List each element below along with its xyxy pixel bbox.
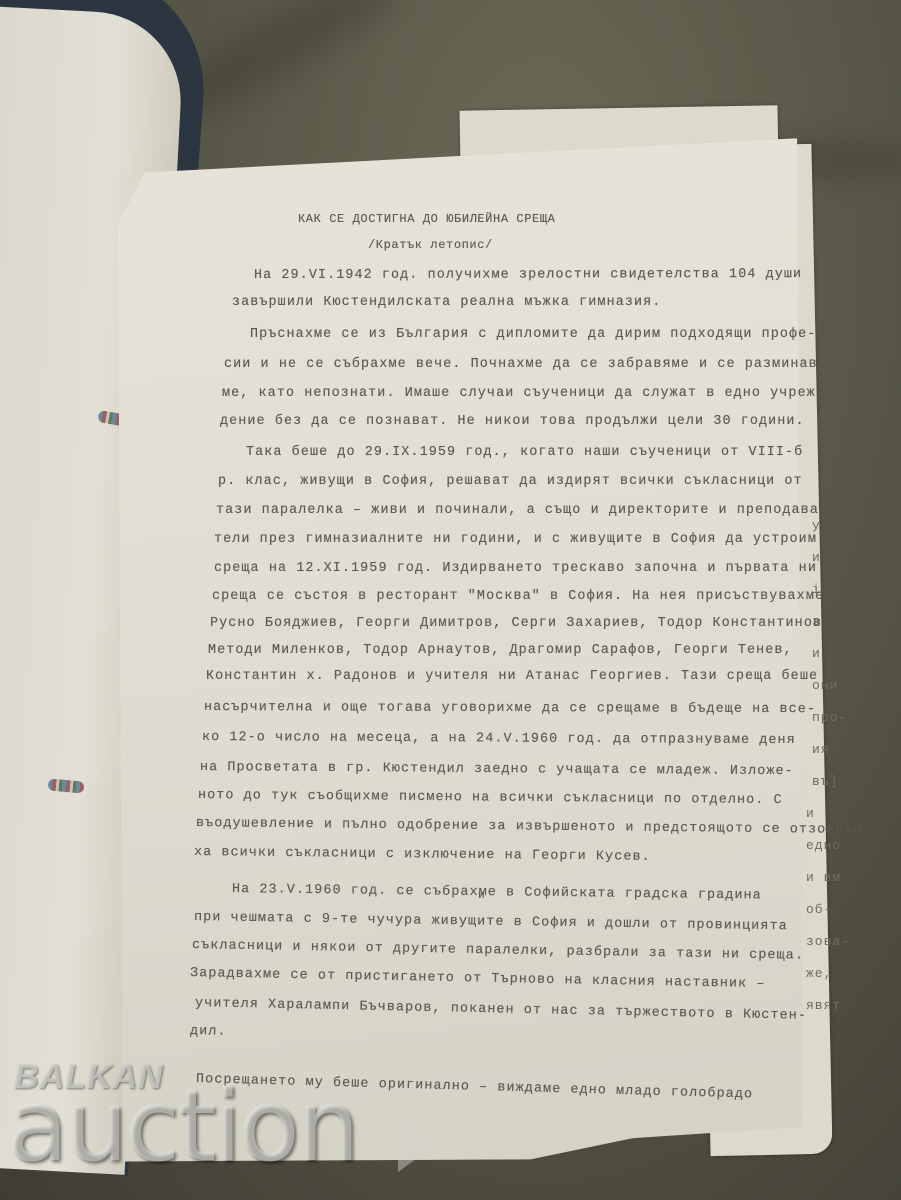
inserted-handwritten-mark: и — [478, 890, 486, 902]
watermark-play-arrow-icon — [398, 1120, 434, 1172]
typed-line: Методи Миленков, Тодор Арнаутов, Драгоми… — [208, 643, 793, 658]
watermark-brand-bottom: auction — [8, 1070, 358, 1184]
typed-line: Русно Бояджиев, Георги Димитров, Серги З… — [210, 616, 822, 631]
typed-line: ме, като непознати. Имаше случаи съучени… — [222, 386, 825, 401]
typed-line: На 29.VI.1942 год. получихме зрелостни с… — [254, 267, 802, 283]
document-subtitle: /Кратък летопис/ — [368, 238, 493, 252]
typed-line: дил. — [190, 1024, 227, 1040]
typed-line: Така беше до 29.IX.1959 год., когато наш… — [246, 445, 803, 460]
edge-text-fragment: явят — [806, 998, 841, 1013]
edge-text-fragment: про- — [812, 710, 847, 725]
typed-line: завършили Кюстендилската реална мъжка ги… — [232, 295, 661, 310]
edge-text-fragment: ия — [812, 742, 830, 757]
typed-line: среща се състоя в ресторант "Москва" в С… — [212, 589, 833, 604]
typed-line: насърчителна и още тогава уговорихме да … — [204, 700, 816, 717]
edge-text-fragment: же, — [806, 966, 832, 981]
typed-line: тели през гимназиалните ни години, и с ж… — [214, 532, 817, 547]
edge-text-fragment: и — [812, 646, 821, 661]
typed-line: Константин х. Радонов и учителя ни Атана… — [206, 669, 818, 684]
edge-text-fragment: въ] — [812, 774, 838, 789]
edge-text-fragment: едно — [806, 838, 841, 853]
document-title: КАК СЕ ДОСТИГНА ДО ЮБИЛЕЙНА СРЕЩА — [298, 212, 555, 226]
edge-text-fragment: зова- — [806, 934, 850, 949]
typed-line: р. клас, живущи в София, решават да изди… — [218, 474, 803, 489]
typed-line: среща на 12.XI.1959 год. Издирването тре… — [214, 561, 817, 576]
typed-line: Пръснахме се из България с дипломите да … — [250, 327, 816, 342]
typed-line: ко 12-о число на месеца, а на 24.V.1960 … — [202, 730, 796, 748]
typed-line: сии и не се събрахме вече. Почнахме да с… — [224, 357, 845, 372]
typed-line: дение без да се познават. Не никои това … — [220, 414, 805, 429]
typed-line: тази паралелка – живи и починали, а също… — [216, 503, 828, 518]
edge-text-fragment: и — [806, 806, 815, 821]
edge-text-fragment: и вм — [806, 870, 841, 885]
edge-text-fragment: у — [812, 518, 821, 533]
edge-text-fragment: об- — [806, 902, 832, 917]
